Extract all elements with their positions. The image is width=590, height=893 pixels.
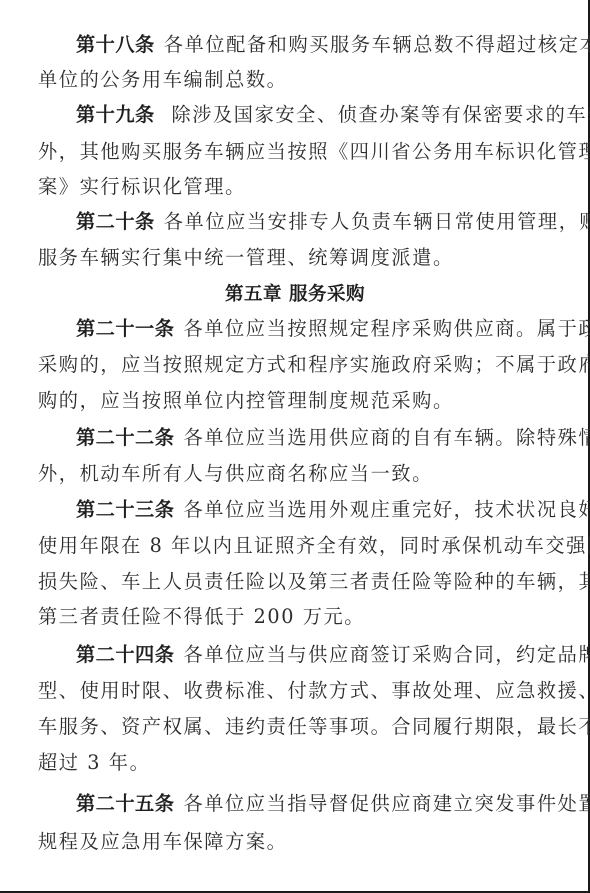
article-25-text: 各单位应当指导督促供应商建立突发事件处置 [183,792,590,815]
article-20-text: 各单位应当安排专人负责车辆日常使用管理，购买 [164,210,590,233]
article-20-heading: 第二十条 [76,210,155,233]
article-21-text: 各单位应当按照规定程序采购供应商。属于政府 [183,317,590,340]
article-18-line-2: 单位的公务用车编制总数。 [38,68,550,92]
article-23-line-1: 第二十三条各单位应当选用外观庄重完好，技术状况良好， [76,498,550,522]
article-21-heading: 第二十一条 [76,317,174,340]
article-21-line-3: 购的，应当按照单位内控管理制度规范采购。 [38,389,550,413]
article-19-text: 除涉及国家安全、侦查办案等有保密要求的车辆 [164,103,590,126]
article-20-line-2: 服务车辆实行集中统一管理、统筹调度派遣。 [38,246,550,270]
document-page: 第十八条各单位配备和购买服务车辆总数不得超过核定本 单位的公务用车编制总数。 第… [0,0,590,893]
article-23-heading: 第二十三条 [76,498,174,521]
article-19-line-2: 外，其他购买服务车辆应当按照《四川省公务用车标识化管理方 [38,140,550,164]
article-24-line-2: 型、使用时限、收费标准、付款方式、事故处理、应急救援、换 [38,679,550,703]
article-24-line-3: 车服务、资产权属、违约责任等事项。合同履行期限，最长不得 [38,715,550,739]
article-19-line-1: 第十九条 除涉及国家安全、侦查办案等有保密要求的车辆 [76,103,550,127]
article-25-heading: 第二十五条 [76,792,174,815]
article-18-text: 各单位配备和购买服务车辆总数不得超过核定本 [164,33,590,56]
article-19-heading: 第十九条 [76,103,155,126]
article-23-line-3: 损失险、车上人员责任险以及第三者责任险等险种的车辆，其中 [38,570,550,594]
article-25-line-2: 规程及应急用车保障方案。 [38,830,550,854]
article-22-text: 各单位应当选用供应商的自有车辆。除特殊情况 [183,426,590,449]
article-21-line-1: 第二十一条各单位应当按照规定程序采购供应商。属于政府 [76,317,550,341]
article-22-line-1: 第二十二条各单位应当选用供应商的自有车辆。除特殊情况 [76,426,550,450]
article-24-line-1: 第二十四条各单位应当与供应商签订采购合同，约定品牌车 [76,643,550,667]
article-18-line-1: 第十八条各单位配备和购买服务车辆总数不得超过核定本 [76,33,550,57]
article-20-line-1: 第二十条各单位应当安排专人负责车辆日常使用管理，购买 [76,210,550,234]
article-21-line-2: 采购的，应当按照规定方式和程序实施政府采购；不属于政府采 [38,353,550,377]
article-22-heading: 第二十二条 [76,426,174,449]
article-24-heading: 第二十四条 [76,643,174,666]
article-24-line-4: 超过 3 年。 [38,751,550,775]
article-24-text: 各单位应当与供应商签订采购合同，约定品牌车 [183,643,590,666]
article-22-line-2: 外，机动车所有人与供应商名称应当一致。 [38,462,550,486]
article-19-line-3: 案》实行标识化管理。 [38,175,550,199]
article-23-line-4: 第三者责任险不得低于 200 万元。 [38,605,550,629]
article-18-heading: 第十八条 [76,33,155,56]
chapter-title: 第五章 服务采购 [0,283,590,307]
article-23-line-2: 使用年限在 8 年以内且证照齐全有效，同时承保机动车交强险、 [38,534,550,558]
article-25-line-1: 第二十五条各单位应当指导督促供应商建立突发事件处置 [76,792,550,816]
article-23-text: 各单位应当选用外观庄重完好，技术状况良好， [183,498,590,521]
